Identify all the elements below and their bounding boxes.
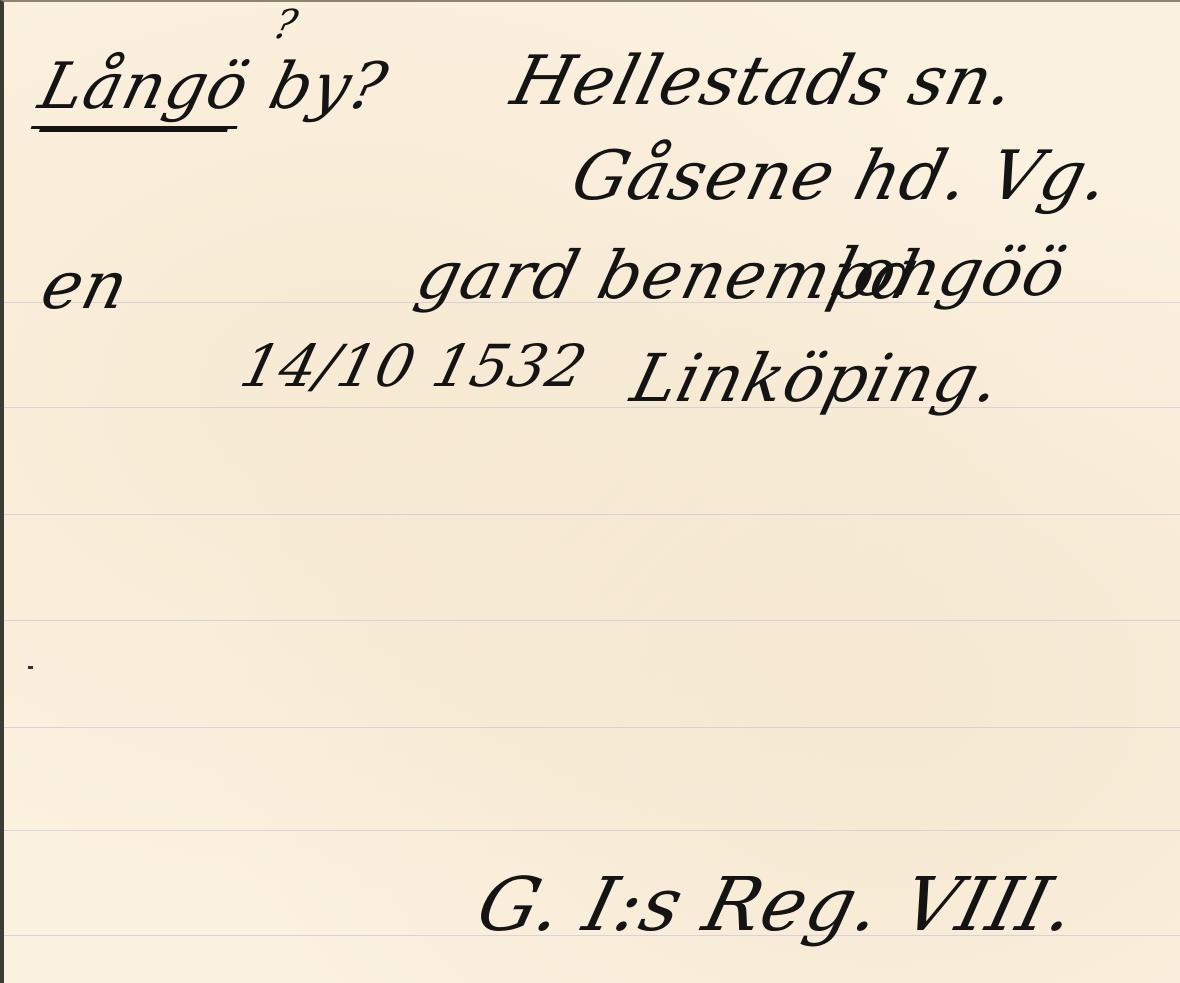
quote-historic-name: longöö — [824, 234, 1074, 311]
heading-settlement-type: by? — [262, 50, 395, 124]
ruled-line — [4, 620, 1180, 621]
ruled-line — [4, 514, 1180, 515]
index-card: Långö ? by? Hellestads sn. Gåsene hd. Vg… — [0, 0, 1180, 983]
ruled-line — [4, 830, 1180, 831]
ruled-line — [4, 727, 1180, 728]
place-name-underlined: Långö — [31, 50, 257, 129]
ruled-line — [4, 407, 1180, 408]
heading-parish: Hellestads sn. — [504, 42, 1024, 121]
quote-prefix: en — [34, 247, 137, 324]
place-of-issue: Linköping. — [624, 340, 1009, 417]
source-reference: G. I:s Reg. VIII. — [469, 862, 1085, 948]
ink-speck — [28, 666, 33, 669]
uncertainty-mark: ? — [269, 2, 303, 48]
quote-gard: gard — [409, 237, 588, 314]
document-date: 14/10 1532 — [234, 332, 594, 400]
heading-place-name: Långö — [32, 50, 257, 124]
district-line: Gåsene hd. Vg. — [564, 137, 1118, 216]
